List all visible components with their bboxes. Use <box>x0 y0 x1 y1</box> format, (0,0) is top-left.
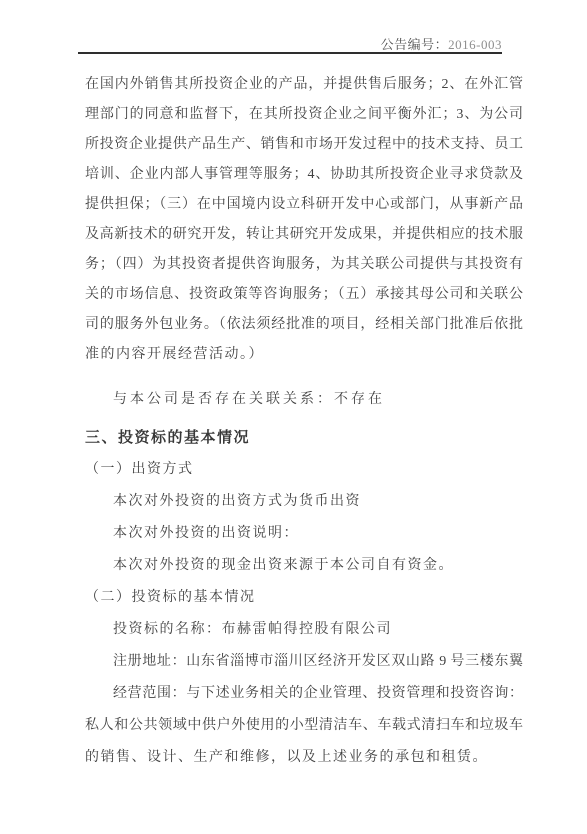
document-page: 公告编号：2016-003 在国内外销售其所投资企业的产品，并提供售后服务；2、… <box>0 0 587 834</box>
paragraph-line: 准的内容开展经营活动。） <box>85 340 523 370</box>
paragraph-line: 务；（四）为其投资者提供咨询服务，为其关联公司提供与其投资有 <box>85 250 523 280</box>
doc-line: 经营范围：与下述业务相关的企业管理、投资管理和投资咨询： <box>85 678 523 710</box>
document-body: 在国内外销售其所投资企业的产品，并提供售后服务；2、在外汇管 理部门的同意和监督… <box>85 70 523 774</box>
doc-line: 的销售、设计、生产和维修，以及上述业务的承包和租赁。 <box>85 742 523 774</box>
header-rule <box>78 52 502 54</box>
doc-line: 本次对外投资的出资说明： <box>85 518 523 550</box>
doc-line: （二）投资标的基本情况 <box>85 582 523 614</box>
section-heading: 三、投资标的基本情况 <box>85 422 523 454</box>
business-scope-continued-paragraph: 在国内外销售其所投资企业的产品，并提供售后服务；2、在外汇管 理部门的同意和监督… <box>85 70 523 370</box>
paragraph-line: 司的服务外包业务。（依法须经批准的项目，经相关部门批准后依批 <box>85 310 523 340</box>
doc-line: 本次对外投资的出资方式为货币出资 <box>85 486 523 518</box>
doc-line: 投资标的名称：布赫雷帕得控股有限公司 <box>85 614 523 646</box>
paragraph-line: 培训、企业内部人事管理等服务；4、协助其所投资企业寻求贷款及 <box>85 160 523 190</box>
paragraph-line: 所投资企业提供产品生产、销售和市场开发过程中的技术支持、员工 <box>85 130 523 160</box>
announcement-number-label: 公告编号： <box>381 37 449 52</box>
doc-line: 注册地址：山东省淄博市淄川区经济开发区双山路 9 号三楼东翼 <box>85 646 523 678</box>
announcement-number: 公告编号：2016-003 <box>381 34 502 53</box>
paragraph-line: 在国内外销售其所投资企业的产品，并提供售后服务；2、在外汇管 <box>85 70 523 100</box>
section-three-content: （一）出资方式 本次对外投资的出资方式为货币出资 本次对外投资的出资说明： 本次… <box>85 454 523 774</box>
paragraph-line: 及高新技术的研究开发，转让其研究开发成果，并提供相应的技术服 <box>85 220 523 250</box>
doc-line: （一）出资方式 <box>85 454 523 486</box>
announcement-number-value: 2016-003 <box>448 37 502 52</box>
paragraph-line: 提供担保；（三）在中国境内设立科研开发中心或部门，从事新产品 <box>85 190 523 220</box>
paragraph-line: 关的市场信息、投资政策等咨询服务；（五）承接其母公司和关联公 <box>85 280 523 310</box>
doc-line: 私人和公共领域中供户外使用的小型清洁车、车载式清扫车和垃圾车 <box>85 710 523 742</box>
paragraph-line: 理部门的同意和监督下，在其所投资企业之间平衡外汇；3、为公司 <box>85 100 523 130</box>
relation-statement: 与本公司是否存在关联关系：不存在 <box>85 385 523 415</box>
doc-line: 本次对外投资的现金出资来源于本公司自有资金。 <box>85 550 523 582</box>
